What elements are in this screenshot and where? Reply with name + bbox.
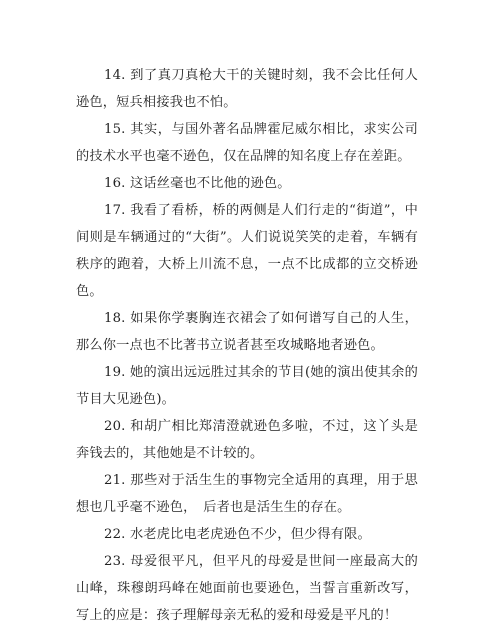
- paragraph-17: 17. 我看了看桥，桥的两侧是人们行走的“街道”，中间则是车辆通过的“大街”。人…: [76, 197, 418, 305]
- paragraph-20: 20. 和胡广相比郑清澄就逊色多啦，不过，这丫头是奔钱去的，其他她是不计较的。: [76, 413, 418, 467]
- paragraph-14: 14. 到了真刀真枪大干的关键时刻，我不会比任何人逊色，短兵相接我也不怕。: [76, 62, 418, 116]
- document-body: 14. 到了真刀真枪大干的关键时刻，我不会比任何人逊色，短兵相接我也不怕。 15…: [76, 62, 418, 629]
- paragraph-19: 19. 她的演出远远胜过其余的节目(她的演出使其余的节目大见逊色)。: [76, 359, 418, 413]
- paragraph-23: 23. 母爱很平凡，但平凡的母爱是世间一座最高大的山峰，珠穆朗玛峰在她面前也要逊…: [76, 548, 418, 629]
- paragraph-15: 15. 其实，与国外著名品牌霍尼威尔相比，求实公司的技术水平也毫不逊色，仅在品牌…: [76, 116, 418, 170]
- paragraph-21: 21. 那些对于活生生的事物完全适用的真理，用于思想也几乎毫不逊色， 后者也是活…: [76, 467, 418, 521]
- paragraph-16: 16. 这话丝毫也不比他的逊色。: [76, 170, 418, 197]
- paragraph-22: 22. 水老虎比电老虎逊色不少，但少得有限。: [76, 521, 418, 548]
- paragraph-18: 18. 如果你学裹胸连衣裙会了如何谱写自己的人生，那么你一点也不比著书立说者甚至…: [76, 305, 418, 359]
